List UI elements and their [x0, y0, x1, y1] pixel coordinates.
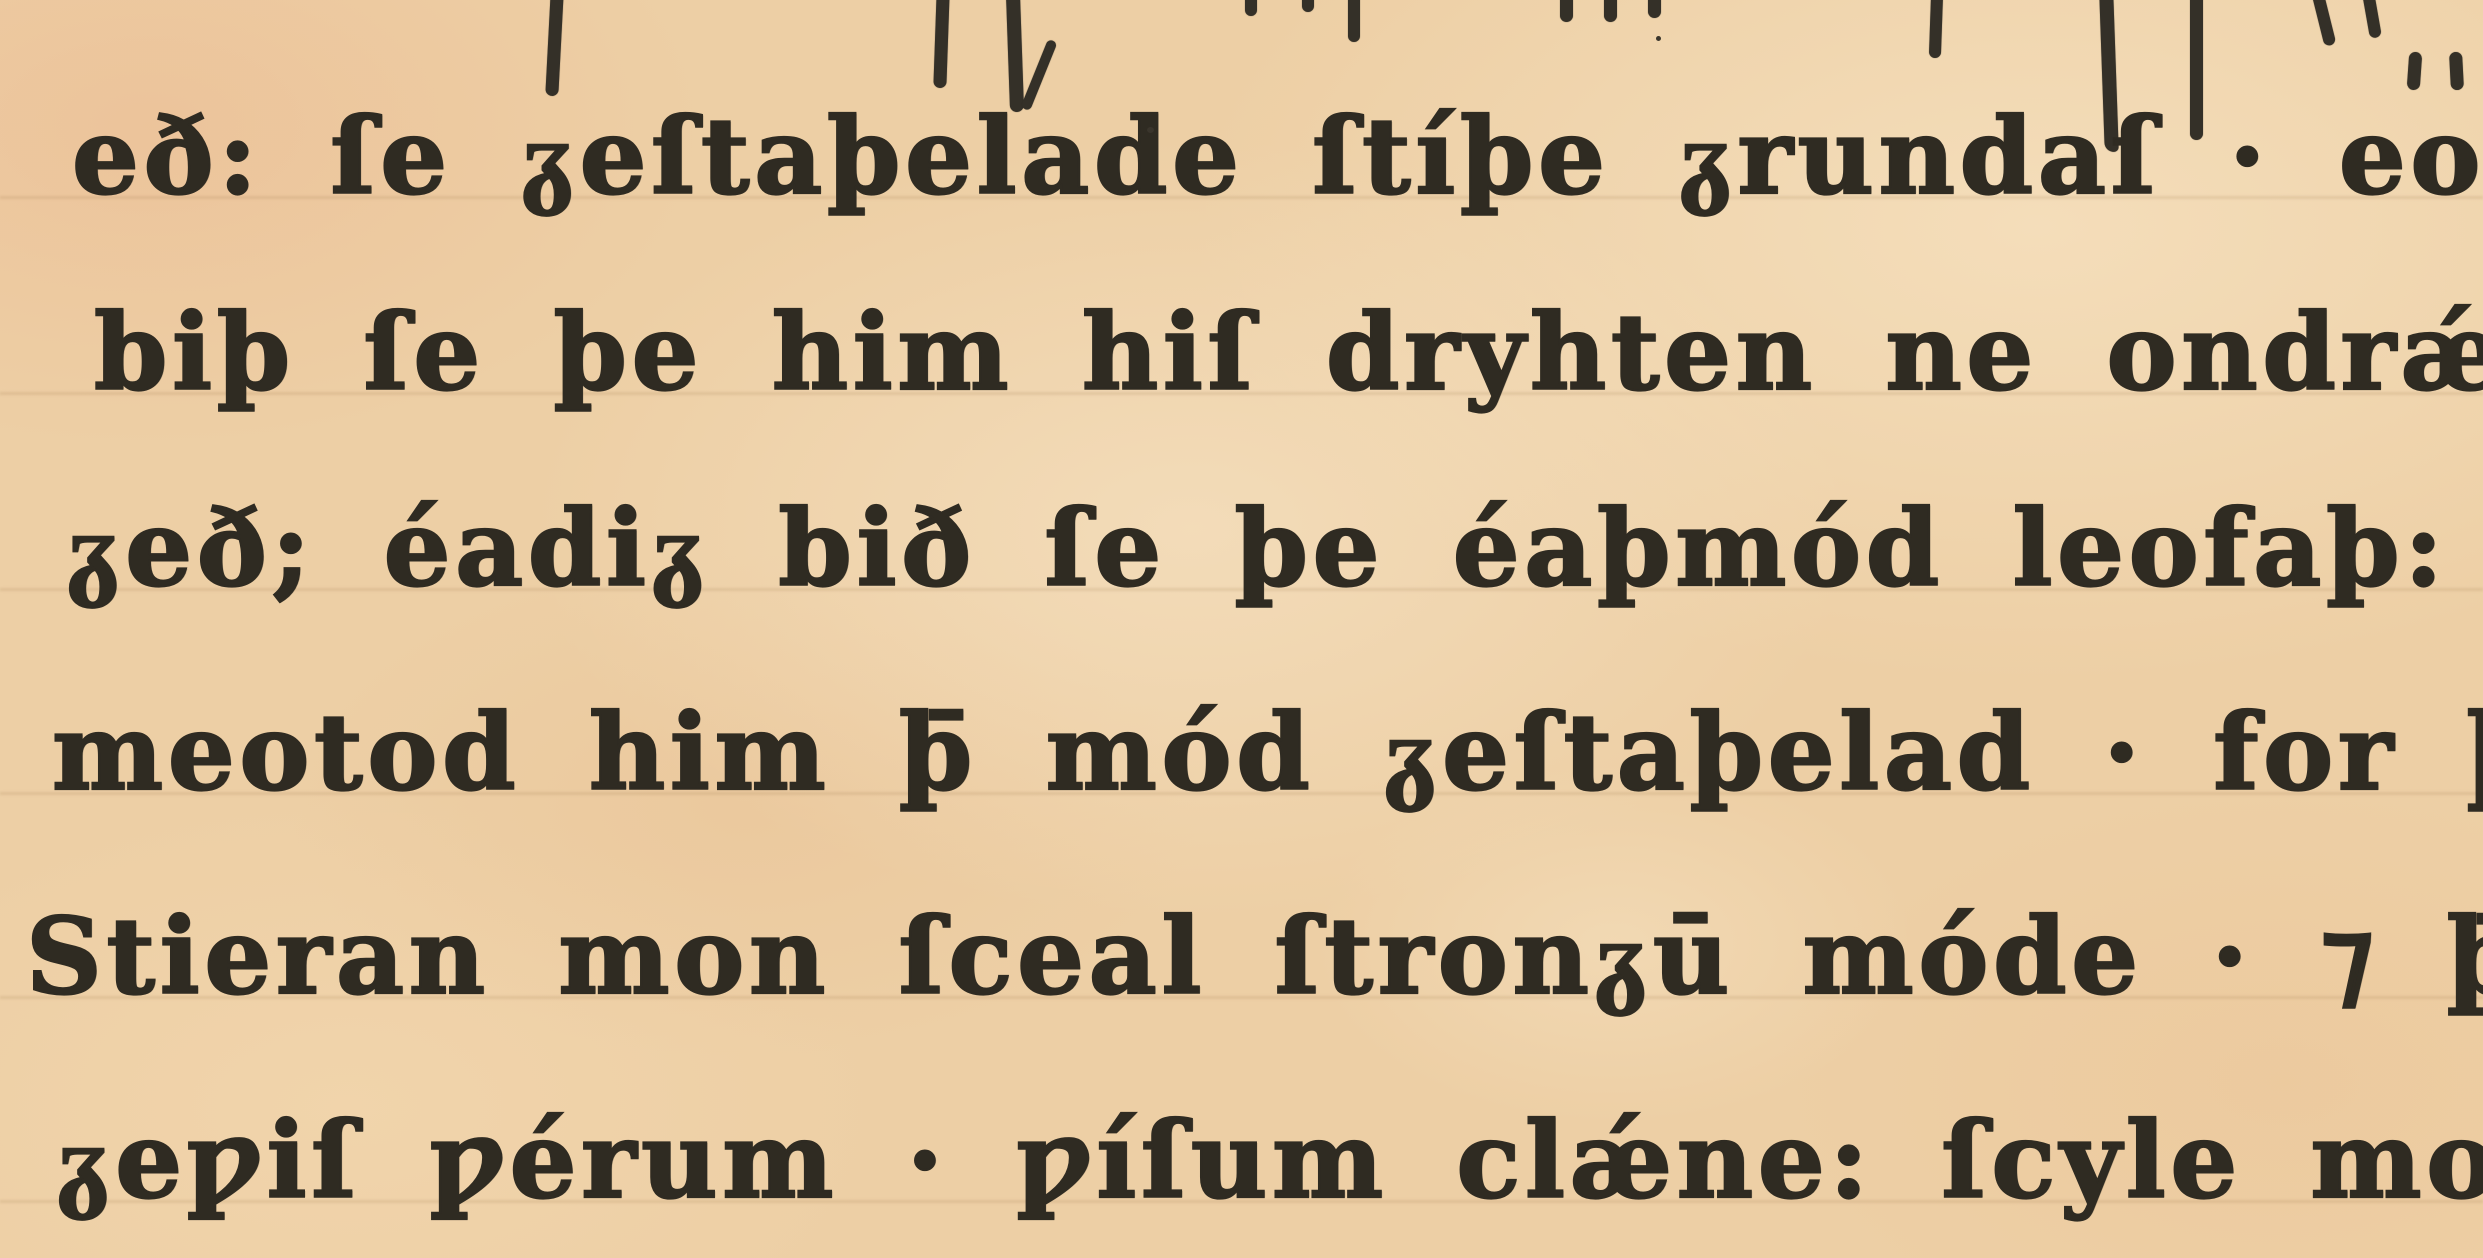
ink-speck — [1147, 127, 1154, 133]
descender-stroke — [1648, 0, 1661, 18]
descender-stroke — [933, 0, 949, 88]
text-line-6: ᵹeƿiſ ƿérum · ƿíſum clǽne: ſcyle monna — [56, 1108, 2483, 1213]
text-line-2: biþ ſe þe him hiſ dryhten ne ondrǽdeþ: — [94, 300, 2483, 405]
descender-stroke — [2362, 0, 2382, 39]
descender-stroke — [545, 0, 563, 96]
descender-stroke — [1929, 0, 1943, 58]
descender-stroke — [2407, 52, 2423, 91]
ink-speck — [1656, 36, 1661, 41]
descender-stroke — [1348, 0, 1360, 42]
descender-stroke — [1604, 0, 1617, 22]
descender-stroke — [1302, 0, 1314, 12]
descender-stroke — [2312, 0, 2337, 47]
descender-stroke — [1245, 0, 1257, 16]
parchment-page: eð: ſe ᵹeſtaþelade ſtíþe ᵹrundaſ · eorþa… — [0, 0, 2483, 1258]
text-line-5: Stieran mon ſceal ſtronᵹū móde · ⁊ þ̄ on — [26, 904, 2483, 1009]
descender-stroke — [2449, 52, 2464, 91]
text-line-3: ᵹeð; éadiᵹ bið ſe þe éaþmód leofaþ: cyme — [66, 496, 2483, 601]
text-line-1: eð: ſe ᵹeſtaþelade ſtíþe ᵹrundaſ · eorþa… — [72, 104, 2483, 209]
descender-stroke — [1560, 0, 1573, 22]
text-line-4: meotod him þ̄ mód ᵹeſtaþelad · for þon h… — [52, 700, 2483, 805]
